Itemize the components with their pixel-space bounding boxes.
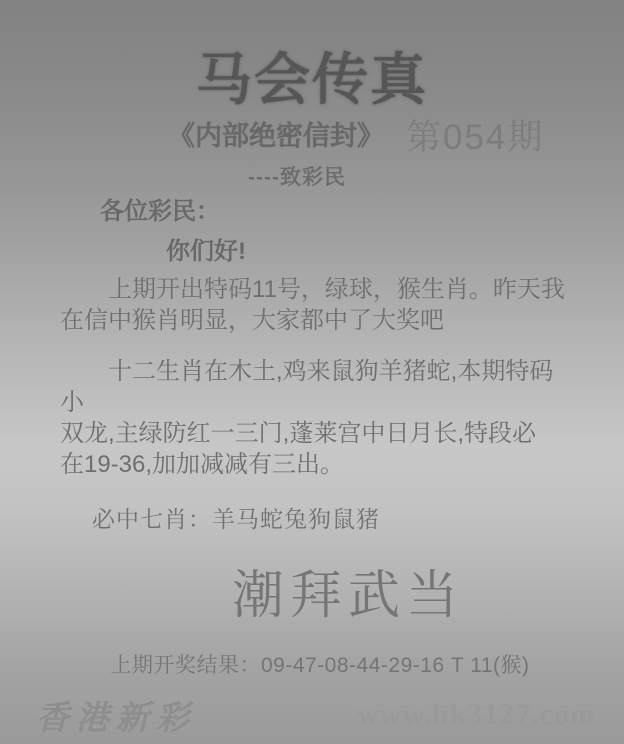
slogan: 潮拜武当 [232,553,464,628]
paragraph-line: 双龙,主绿防红一三门,蓬莱宫中日月长,特段必 [60,418,572,449]
paragraph-line: 在19-36,加加减减有三出。 [60,449,572,480]
envelope-subtitle: 《内部绝密信封》 [168,114,384,153]
paragraph-last-draw: 上期开出特码11号，绿球，猴生肖。昨天我 在信中猴肖明显，大家都中了大奖吧 [60,274,572,336]
paragraph-line: 在信中猴肖明显，大家都中了大奖吧 [60,305,572,336]
subtitle-row: 《内部绝密信封》 第054期 [168,114,544,164]
greeting: 你们好! [166,231,246,266]
dedication-line: ----致彩民 [248,161,346,191]
salutation: 各位彩民： [100,191,220,226]
last-draw-result: 上期开奖结果：09-47-08-44-29-16 T 11(猴) [0,649,624,679]
lottery-fax-page: 马会传真 《内部绝密信封》 第054期 ----致彩民 各位彩民： 你们好! 上… [0,0,624,744]
seven-zodiac-picks: 必中七肖：羊马蛇兔狗鼠猪 [92,501,380,534]
paragraph-line: 十二生肖在木土,鸡来鼠狗羊猪蛇,本期特码小 [60,356,572,418]
paragraph-line: 上期开出特码11号，绿球，猴生肖。昨天我 [60,274,572,305]
issue-number: 第054期 [406,110,544,160]
website-url: www.hk3127.com [357,698,596,732]
paragraph-prediction: 十二生肖在木土,鸡来鼠狗羊猪蛇,本期特码小 双龙,主绿防红一三门,蓬莱宫中日月长… [60,356,572,480]
page-title: 马会传真 [0,36,624,116]
brand-name: 香港新彩 [36,692,196,739]
